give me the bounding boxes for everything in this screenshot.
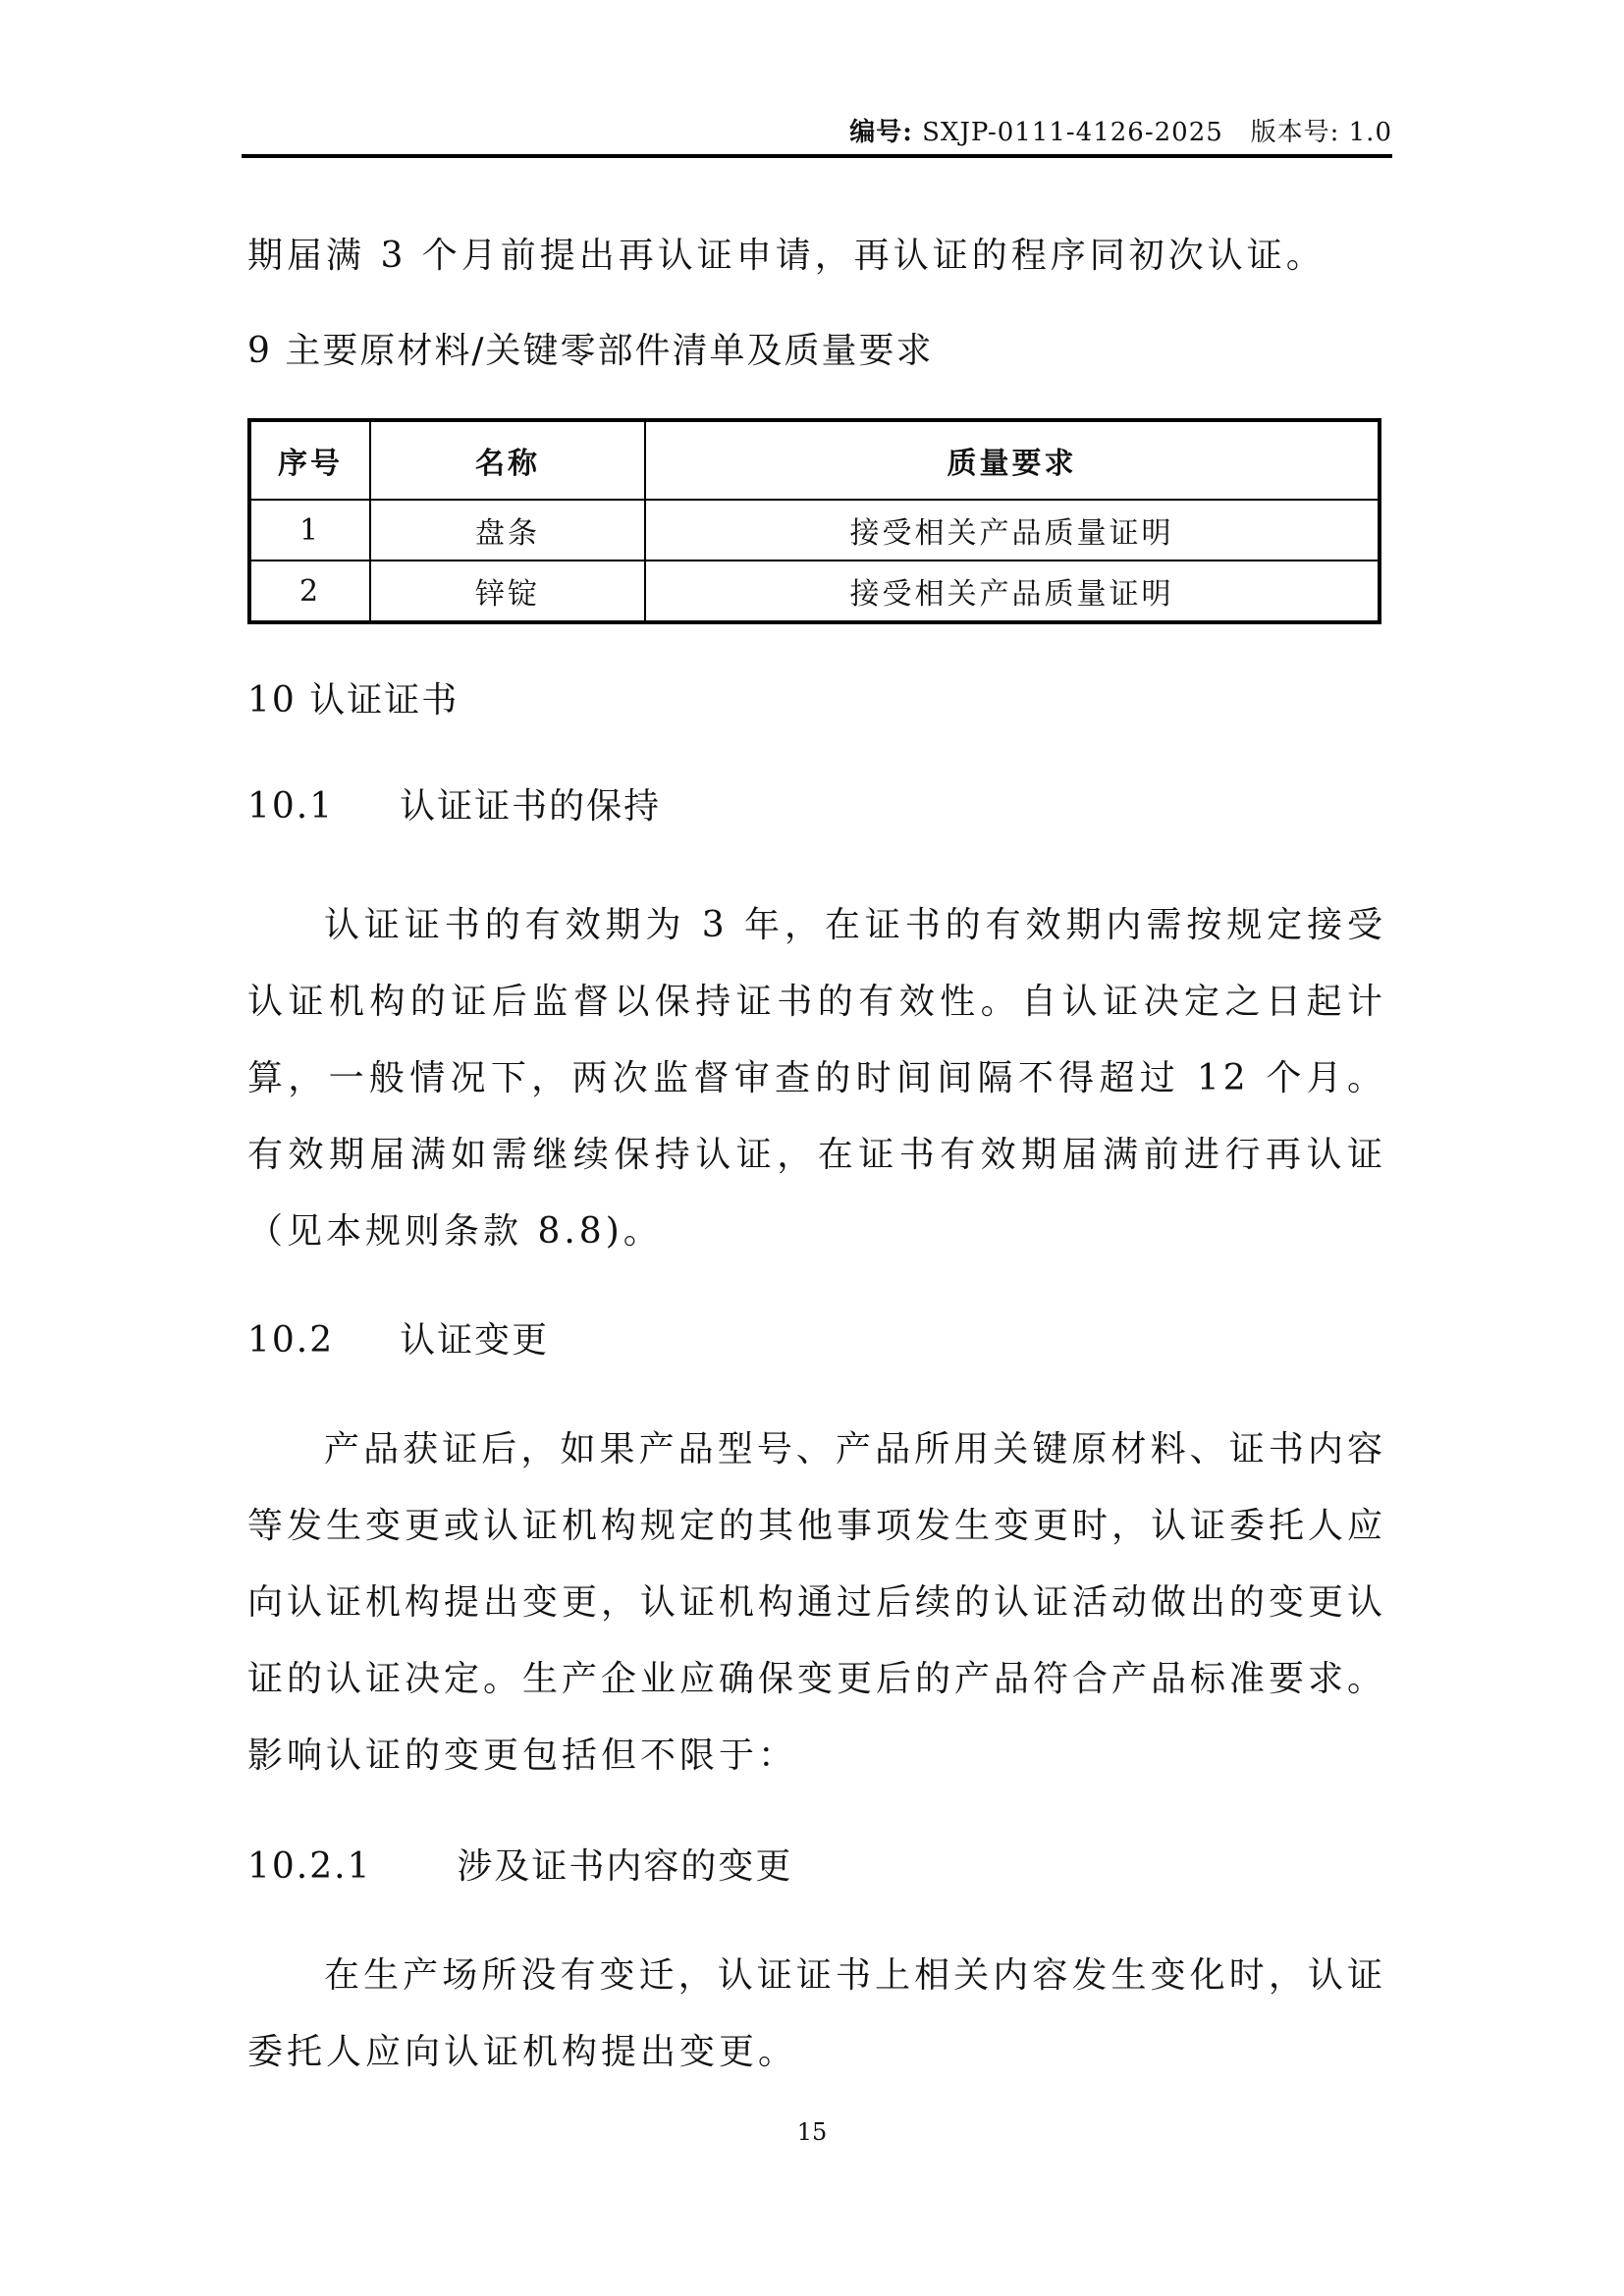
- header-cell-requirement: 质量要求: [645, 420, 1380, 500]
- section-title: 认证变更: [400, 1320, 549, 1361]
- section-number: 10: [247, 680, 297, 721]
- version-number: 1.0: [1349, 118, 1392, 147]
- continuation-paragraph: 期届满 3 个月前提出再认证申请，再认证的程序同初次认证。: [247, 218, 1386, 294]
- section-10-2-paragraph: 产品获证后，如果产品型号、产品所用关键原材料、证书内容等发生变更或认证机构规定的…: [247, 1412, 1386, 1794]
- section-title: 涉及证书内容的变更: [457, 1846, 792, 1887]
- section-10-2-heading: 10.2 认证变更: [247, 1319, 549, 1362]
- section-number: 9: [247, 331, 272, 371]
- doc-number: SXJP-0111-4126-2025: [922, 118, 1223, 147]
- section-title: 主要原材料/关键零部件清单及质量要求: [285, 331, 933, 371]
- table-row: 1 盘条 接受相关产品质量证明: [249, 500, 1380, 561]
- section-9-heading: 9 主要原材料/关键零部件清单及质量要求: [247, 330, 934, 373]
- header-cell-no: 序号: [249, 420, 370, 500]
- section-10-2-1-heading: 10.2.1 涉及证书内容的变更: [247, 1845, 792, 1889]
- materials-table: 序号 名称 质量要求 1 盘条 接受相关产品质量证明 2 锌锭 接受相关产品质量…: [247, 418, 1381, 624]
- section-title: 认证证书的保持: [400, 786, 661, 827]
- section-number: 10.1: [247, 786, 334, 827]
- cell-no: 1: [249, 500, 370, 561]
- section-number: 10.2.1: [247, 1846, 372, 1887]
- header-rule: [242, 154, 1392, 158]
- cell-requirement: 接受相关产品质量证明: [645, 500, 1380, 561]
- page-number: 15: [0, 2118, 1624, 2146]
- header-cell-name: 名称: [370, 420, 645, 500]
- section-10-1-paragraph: 认证证书的有效期为 3 年，在证书的有效期内需按规定接受认证机构的证后监督以保持…: [247, 887, 1386, 1270]
- cell-requirement: 接受相关产品质量证明: [645, 561, 1380, 622]
- version-label: 版本号:: [1251, 118, 1340, 147]
- table-header-row: 序号 名称 质量要求: [249, 420, 1380, 500]
- section-10-2-1-paragraph: 在生产场所没有变迁，认证证书上相关内容发生变化时，认证委托人应向认证机构提出变更…: [247, 1938, 1386, 2091]
- section-number: 10.2: [247, 1320, 334, 1361]
- doc-number-label: 编号:: [849, 118, 913, 147]
- table-row: 2 锌锭 接受相关产品质量证明: [249, 561, 1380, 622]
- cell-name: 锌锭: [370, 561, 645, 622]
- page-header: 编号: SXJP-0111-4126-2025 版本号: 1.0: [242, 116, 1392, 149]
- cell-name: 盘条: [370, 500, 645, 561]
- section-title: 认证证书: [309, 680, 459, 721]
- section-10-heading: 10 认证证书: [247, 679, 459, 722]
- section-10-1-heading: 10.1 认证证书的保持: [247, 785, 661, 828]
- cell-no: 2: [249, 561, 370, 622]
